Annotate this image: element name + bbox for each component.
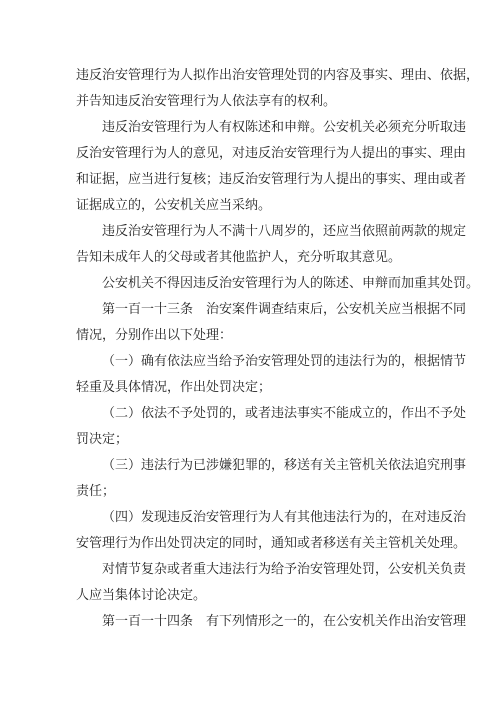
text-line: 并告知违反治安管理行为人依法享有的权利。 [76,89,428,115]
text-line: 安管理行为作出处罚决定的同时，通知或者移送有关主管机关处理。 [76,531,428,557]
text-line: （三）违法行为已涉嫌犯罪的，移送有关主管机关依法追究刑事 [76,453,428,479]
document-page: 违反治安管理行为人拟作出治安管理处罚的内容及事实、理由、依据，并告知违反治安管理… [0,0,500,707]
text-line: 情况，分别作出以下处理： [76,323,428,349]
text-line: 公安机关不得因违反治安管理行为人的陈述、申辩而加重其处罚。 [76,271,428,297]
text-line: 第一百一十四条 有下列情形之一的，在公安机关作出治安管理 [76,609,428,635]
text-line: 对情节复杂或者重大违法行为给予治安管理处罚，公安机关负责 [76,557,428,583]
text-line: 轻重及具体情况，作出处罚决定； [76,375,428,401]
text-line: 第一百一十三条 治安案件调查结束后，公安机关应当根据不同 [76,297,428,323]
text-line: （一）确有依法应当给予治安管理处罚的违法行为的，根据情节 [76,349,428,375]
text-line: 责任； [76,479,428,505]
text-line: 违反治安管理行为人不满十八周岁的，还应当依照前两款的规定 [76,219,428,245]
text-line: 反治安管理行为人的意见，对违反治安管理行为人提出的事实、理由 [76,141,428,167]
text-line: 证据成立的，公安机关应当采纳。 [76,193,428,219]
text-line: （四）发现违反治安管理行为人有其他违法行为的，在对违反治 [76,505,428,531]
text-line: 人应当集体讨论决定。 [76,583,428,609]
text-line: 罚决定； [76,427,428,453]
text-line: （二）依法不予处罚的，或者违法事实不能成立的，作出不予处 [76,401,428,427]
text-line: 告知未成年人的父母或者其他监护人，充分听取其意见。 [76,245,428,271]
text-line: 违反治安管理行为人拟作出治安管理处罚的内容及事实、理由、依据， [76,63,428,89]
text-line: 和证据，应当进行复核；违反治安管理行为人提出的事实、理由或者 [76,167,428,193]
text-line: 违反治安管理行为人有权陈述和申辩。公安机关必须充分听取违 [76,115,428,141]
document-body: 违反治安管理行为人拟作出治安管理处罚的内容及事实、理由、依据，并告知违反治安管理… [76,63,428,635]
